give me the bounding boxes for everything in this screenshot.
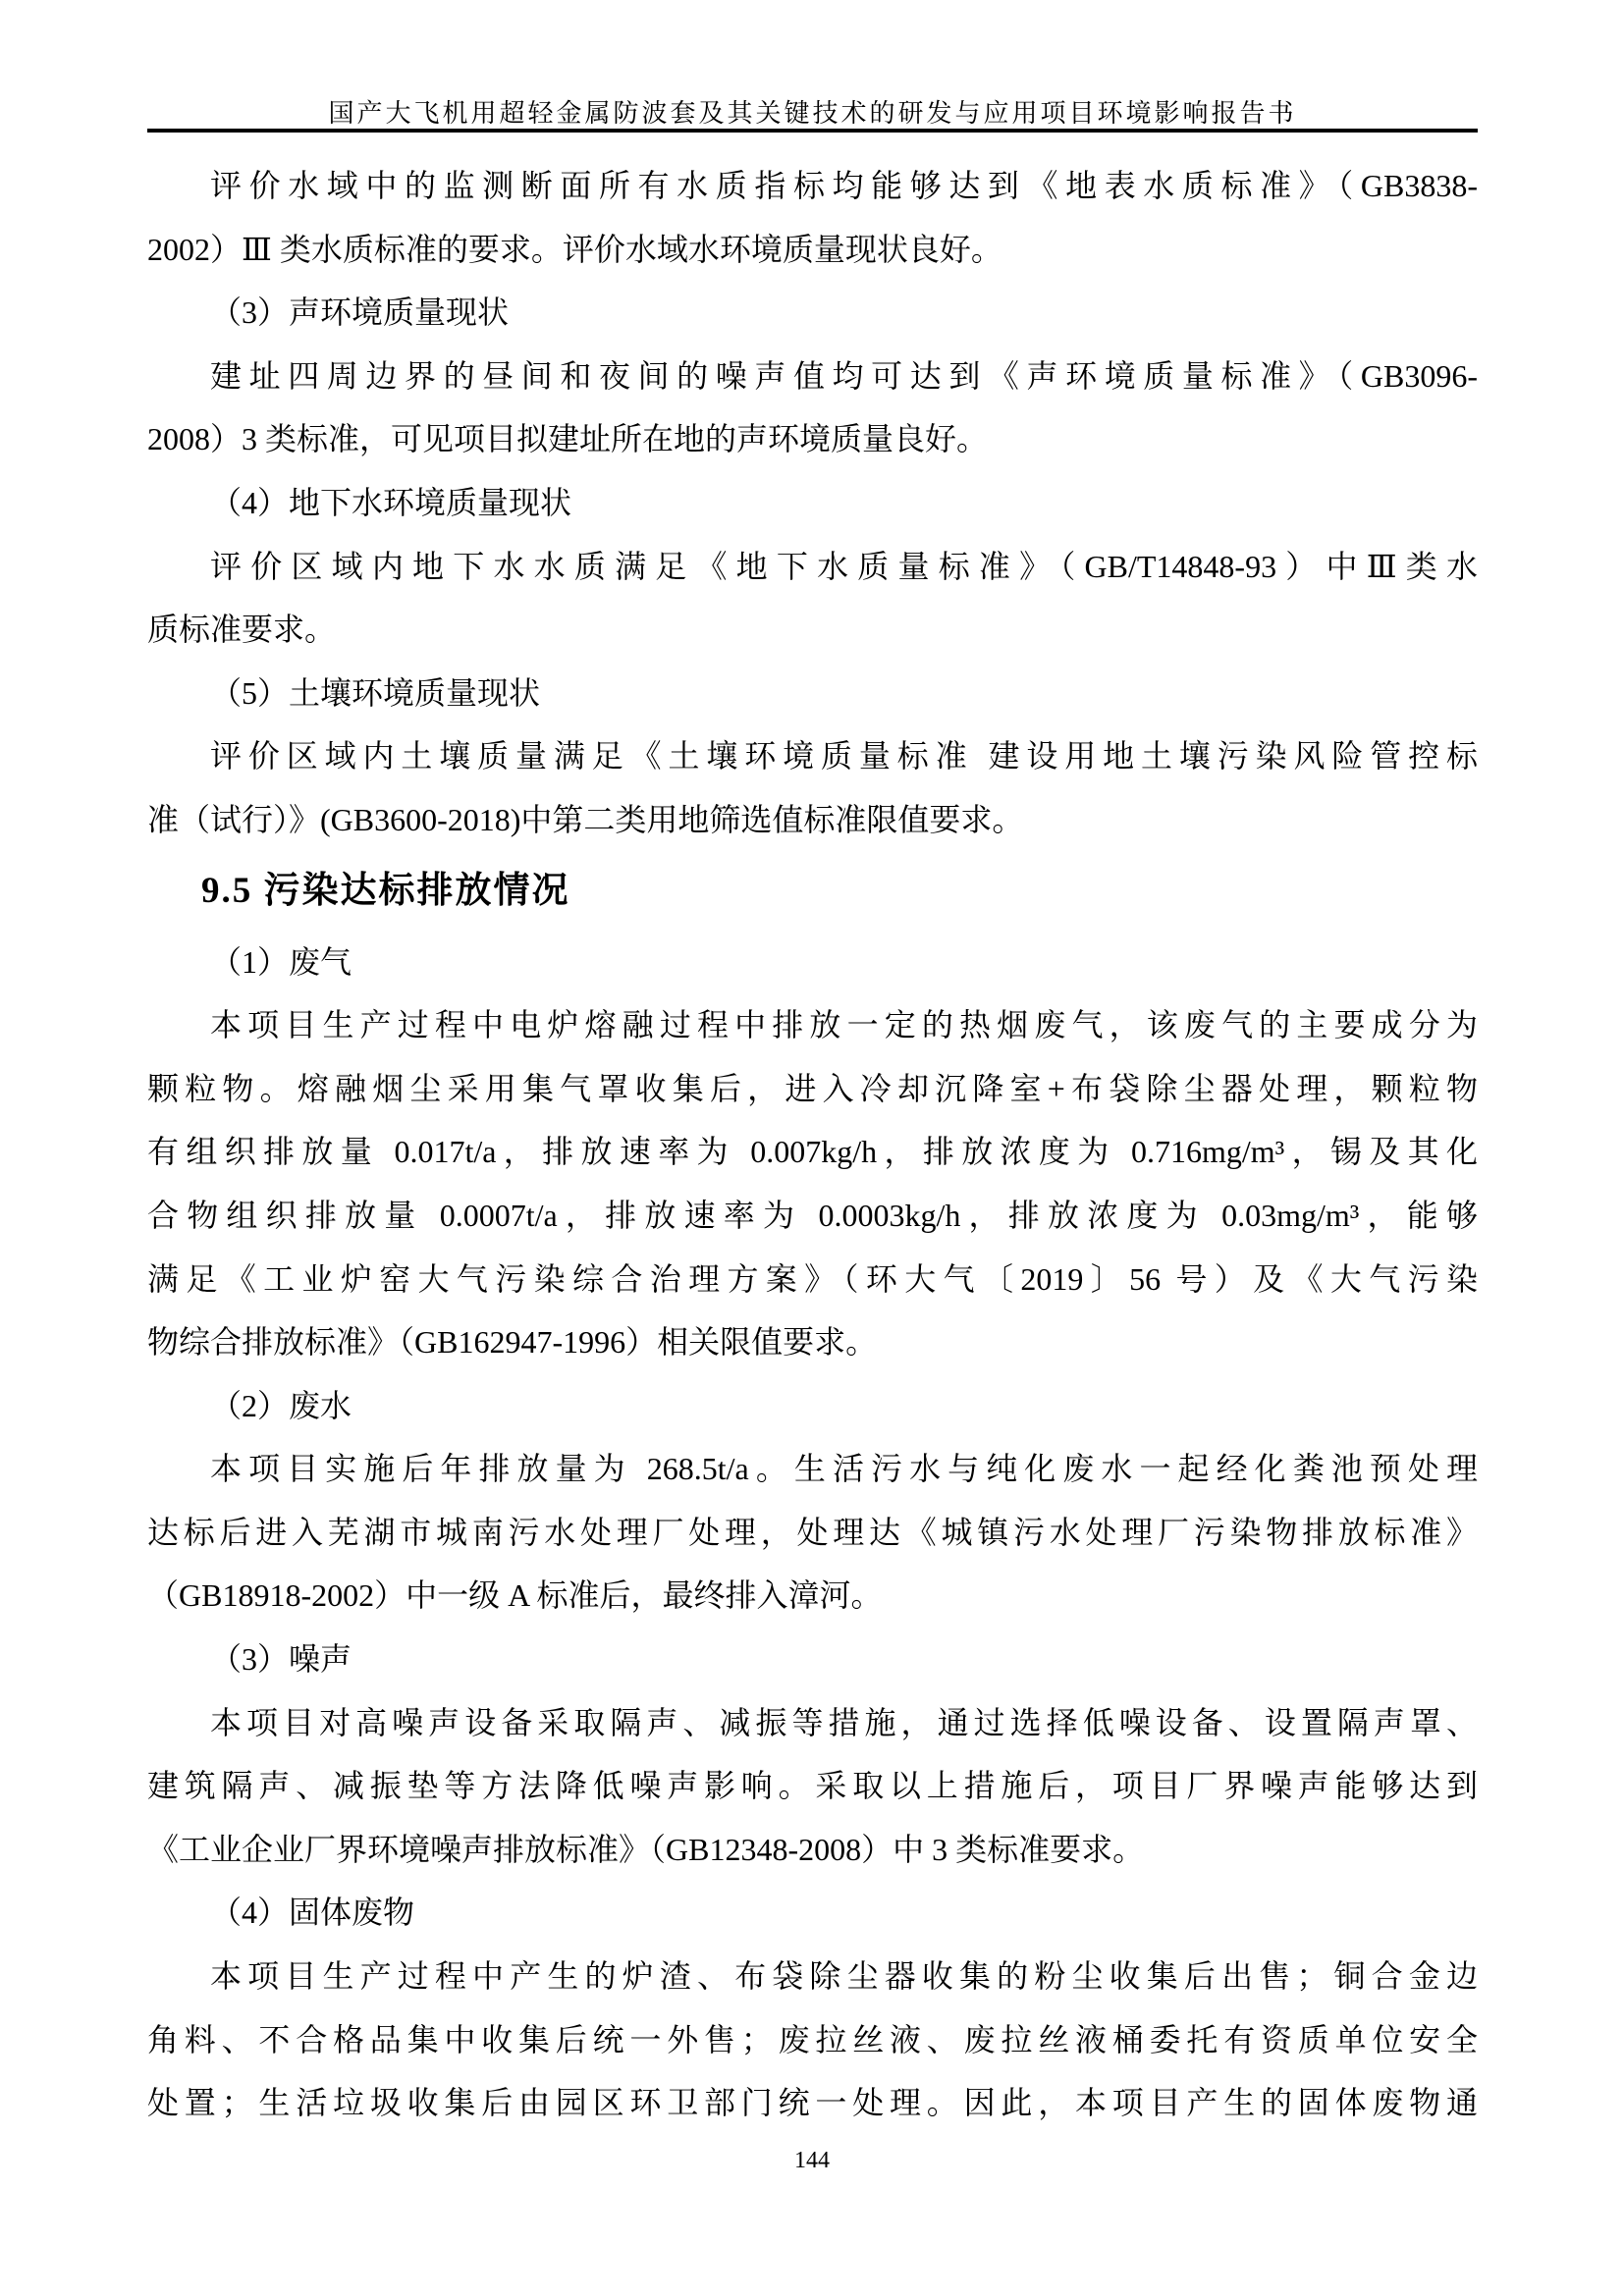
document-header-title: 国产大飞机用超轻金属防波套及其关键技术的研发与应用项目环境影响报告书 [147,93,1478,130]
body-line: 建筑隔声、减振垫等方法降低噪声影响。采取以上措施后，项目厂界噪声能够达到 [147,1754,1478,1818]
body-line: （1）废气 [147,931,1478,994]
body-line: （4）固体废物 [147,1881,1478,1945]
body-line: 评价区域内土壤质量满足《土壤环境质量标准 建设用地土壤污染风险管控标 [147,724,1478,788]
body-line: （3）声环境质量现状 [147,281,1478,345]
body-line: 本项目生产过程中产生的炉渣、布袋除尘器收集的粉尘收集后出售；铜合金边 [147,1945,1478,2008]
body-line: 达标后进入芜湖市城南污水处理厂处理，处理达《城镇污水处理厂污染物排放标准》 [147,1501,1478,1565]
body-line: 本项目实施后年排放量为 268.5t/a。生活污水与纯化废水一起经化粪池预处理 [147,1437,1478,1501]
section-heading: 9.5 污染达标排放情况 [147,852,1478,931]
body-line: 处置；生活垃圾收集后由园区环卫部门统一处理。因此，本项目产生的固体废物通 [147,2071,1478,2135]
header-divider-rule [147,129,1478,133]
body-line: 有组织排放量 0.017t/a，排放速率为 0.007kg/h，排放浓度为 0.… [147,1120,1478,1184]
body-line: 2008）3 类标准，可见项目拟建址所在地的声环境质量良好。 [147,407,1478,471]
body-line: 建址四周边界的昼间和夜间的噪声值均可达到《声环境质量标准》（GB3096- [147,345,1478,408]
body-line: 《工业企业厂界环境噪声排放标准》（GB12348-2008）中 3 类标准要求。 [147,1818,1478,1882]
body-line: 本项目生产过程中电炉熔融过程中排放一定的热烟废气，该废气的主要成分为 [147,993,1478,1057]
page-number: 144 [0,2148,1624,2174]
body-line: （2）废水 [147,1374,1478,1438]
body-line: 准（试行）》(GB3600-2018)中第二类用地筛选值标准限值要求。 [147,788,1478,852]
body-line: 角料、不合格品集中收集后统一外售；废拉丝液、废拉丝液桶委托有资质单位安全 [147,2008,1478,2072]
body-line: 评价区域内地下水水质满足《地下水质量标准》（GB/T14848-93）中Ⅲ类水 [147,535,1478,599]
body-line: 评价水域中的监测断面所有水质指标均能够达到《地表水质标准》（GB3838- [147,154,1478,218]
body-line: 满足《工业炉窑大气污染综合治理方案》（环大气〔2019〕56 号）及《大气污染 [147,1248,1478,1311]
body-line: （5）土壤环境质量现状 [147,662,1478,725]
body-line: （GB18918-2002）中一级 A 标准后，最终排入漳河。 [147,1564,1478,1628]
body-line: 2002）Ⅲ 类水质标准的要求。评价水域水环境质量现状良好。 [147,218,1478,282]
body-line: 颗粒物。熔融烟尘采用集气罩收集后，进入冷却沉降室+布袋除尘器处理，颗粒物 [147,1057,1478,1121]
body-line: （3）噪声 [147,1628,1478,1691]
body-line: 质标准要求。 [147,598,1478,662]
body-line: 本项目对高噪声设备采取隔声、减振等措施，通过选择低噪设备、设置隔声罩、 [147,1691,1478,1755]
document-page: 国产大飞机用超轻金属防波套及其关键技术的研发与应用项目环境影响报告书 评价水域中… [0,0,1624,2296]
document-body: 评价水域中的监测断面所有水质指标均能够达到《地表水质标准》（GB3838- 20… [147,154,1478,2135]
body-line: 物综合排放标准》（GB162947-1996）相关限值要求。 [147,1310,1478,1374]
body-line: 合物组织排放量 0.0007t/a，排放速率为 0.0003kg/h，排放浓度为… [147,1184,1478,1248]
body-line: （4）地下水环境质量现状 [147,471,1478,535]
